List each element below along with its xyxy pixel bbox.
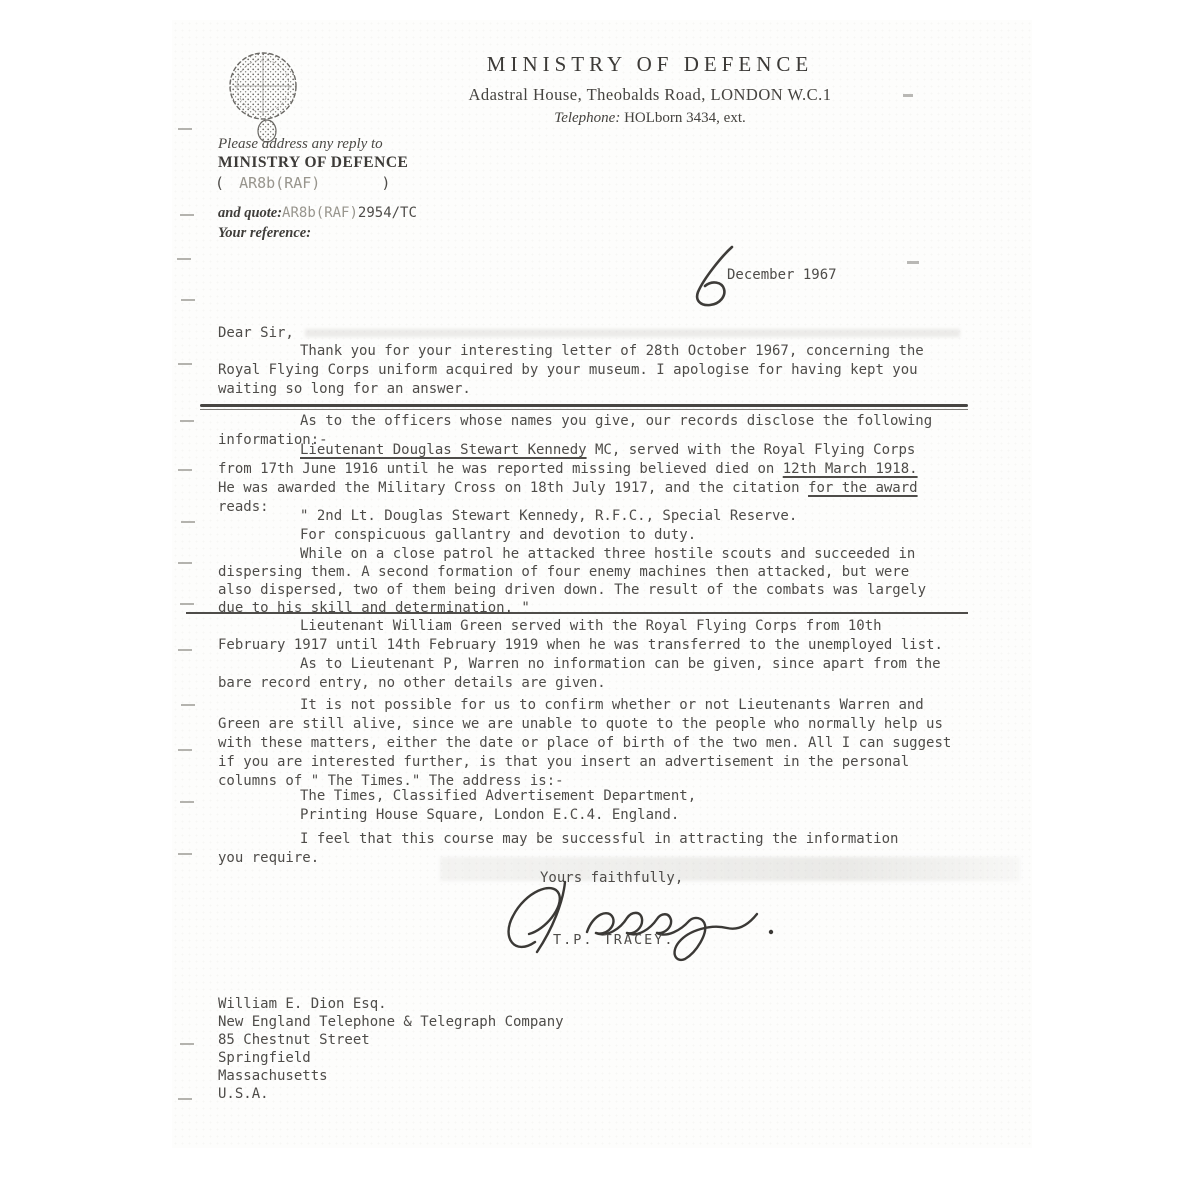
- kennedy-award-underlined: for the award: [808, 480, 918, 496]
- recipient-address: William E. Dion Esq. New England Telepho…: [218, 995, 564, 1103]
- quote-label: and quote:: [218, 205, 282, 221]
- horizontal-rule-1b: [200, 409, 968, 410]
- scan-edge-mark: [181, 299, 195, 301]
- scan-edge-mark: [181, 704, 195, 706]
- branch-reference: ( AR8b(RAF) ): [215, 174, 390, 193]
- scan-speck: [903, 94, 913, 97]
- citation-line-2: For conspicuous gallantry and devotion t…: [300, 526, 696, 545]
- kennedy-name-underlined: Lieutenant Douglas Stewart Kennedy: [300, 442, 587, 458]
- paragraph-thanks: Thank you for your interesting letter of…: [218, 342, 980, 399]
- scan-edge-mark: [178, 562, 192, 564]
- branch-code: AR8b(RAF): [239, 174, 320, 192]
- telephone-value: HOLborn 3434, ext.: [620, 110, 745, 126]
- horizontal-rule-1: [200, 404, 968, 407]
- scan-edge-mark: [178, 749, 192, 751]
- scan-smudge: [305, 329, 960, 337]
- scan-edge-mark: [180, 1043, 194, 1045]
- branch-close-paren: ): [381, 174, 390, 192]
- scan-edge-mark: [178, 128, 192, 130]
- scan-edge-mark: [180, 603, 194, 605]
- kennedy-text-3: reads:: [218, 499, 269, 515]
- scan-edge-mark: [178, 853, 192, 855]
- kennedy-text-2: He was awarded the Military Cross on 18t…: [218, 480, 808, 496]
- citation-line-1: " 2nd Lt. Douglas Stewart Kennedy, R.F.C…: [300, 507, 797, 526]
- scan-edge-mark: [180, 214, 194, 216]
- paragraph-kennedy: Lieutenant Douglas Stewart Kennedy MC, s…: [218, 441, 980, 517]
- paragraph-warren: As to Lieutenant P, Warren no informatio…: [218, 655, 980, 693]
- ministry-crest-icon: [222, 48, 306, 146]
- paragraph-confirm: It is not possible for us to confirm whe…: [218, 696, 980, 791]
- reply-note: Please address any reply to: [218, 136, 383, 153]
- paragraph-green: Lieutenant William Green served with the…: [218, 617, 980, 655]
- letterhead-telephone: Telephone: HOLborn 3434, ext.: [400, 110, 900, 127]
- times-address: The Times, Classified Advertisement Depa…: [300, 787, 980, 825]
- letterhead-title: MINISTRY OF DEFENCE: [400, 52, 900, 77]
- letterhead: MINISTRY OF DEFENCE Adastral House, Theo…: [400, 52, 900, 127]
- scan-edge-mark: [181, 521, 195, 523]
- typed-signatory-name: T.P. TRACEY.: [553, 931, 675, 950]
- scan-edge-mark: [178, 469, 192, 471]
- signature-icon: [495, 876, 805, 964]
- quote-value: 2954/TC: [358, 205, 417, 221]
- reply-ministry: MINISTRY OF DEFENCE: [218, 154, 408, 172]
- scan-edge-mark: [178, 649, 192, 651]
- date-typed: December 1967: [727, 266, 837, 285]
- salutation: Dear Sir,: [218, 324, 294, 343]
- quote-reference: and quote:AR8b(RAF)2954/TC: [218, 202, 417, 223]
- scanned-letter-page: MINISTRY OF DEFENCE Adastral House, Theo…: [0, 0, 1200, 1200]
- scan-edge-mark: [180, 801, 194, 803]
- letterhead-address: Adastral House, Theobalds Road, LONDON W…: [400, 85, 900, 105]
- paragraph-closing: I feel that this course may be successfu…: [218, 830, 980, 868]
- branch-open-paren: (: [215, 174, 224, 192]
- your-reference-label: Your reference:: [218, 225, 311, 242]
- scan-edge-mark: [180, 420, 194, 422]
- scan-edge-mark: [178, 363, 192, 365]
- kennedy-date-underlined: 12th March 1918.: [783, 461, 918, 477]
- scan-edge-mark: [177, 258, 191, 260]
- telephone-label: Telephone:: [554, 110, 620, 126]
- horizontal-rule-2: [186, 612, 968, 614]
- citation-paragraph: While on a close patrol he attacked thre…: [218, 545, 980, 617]
- scan-edge-mark: [178, 1098, 192, 1100]
- quote-value-faint: AR8b(RAF): [282, 205, 358, 221]
- scan-speck: [907, 261, 919, 264]
